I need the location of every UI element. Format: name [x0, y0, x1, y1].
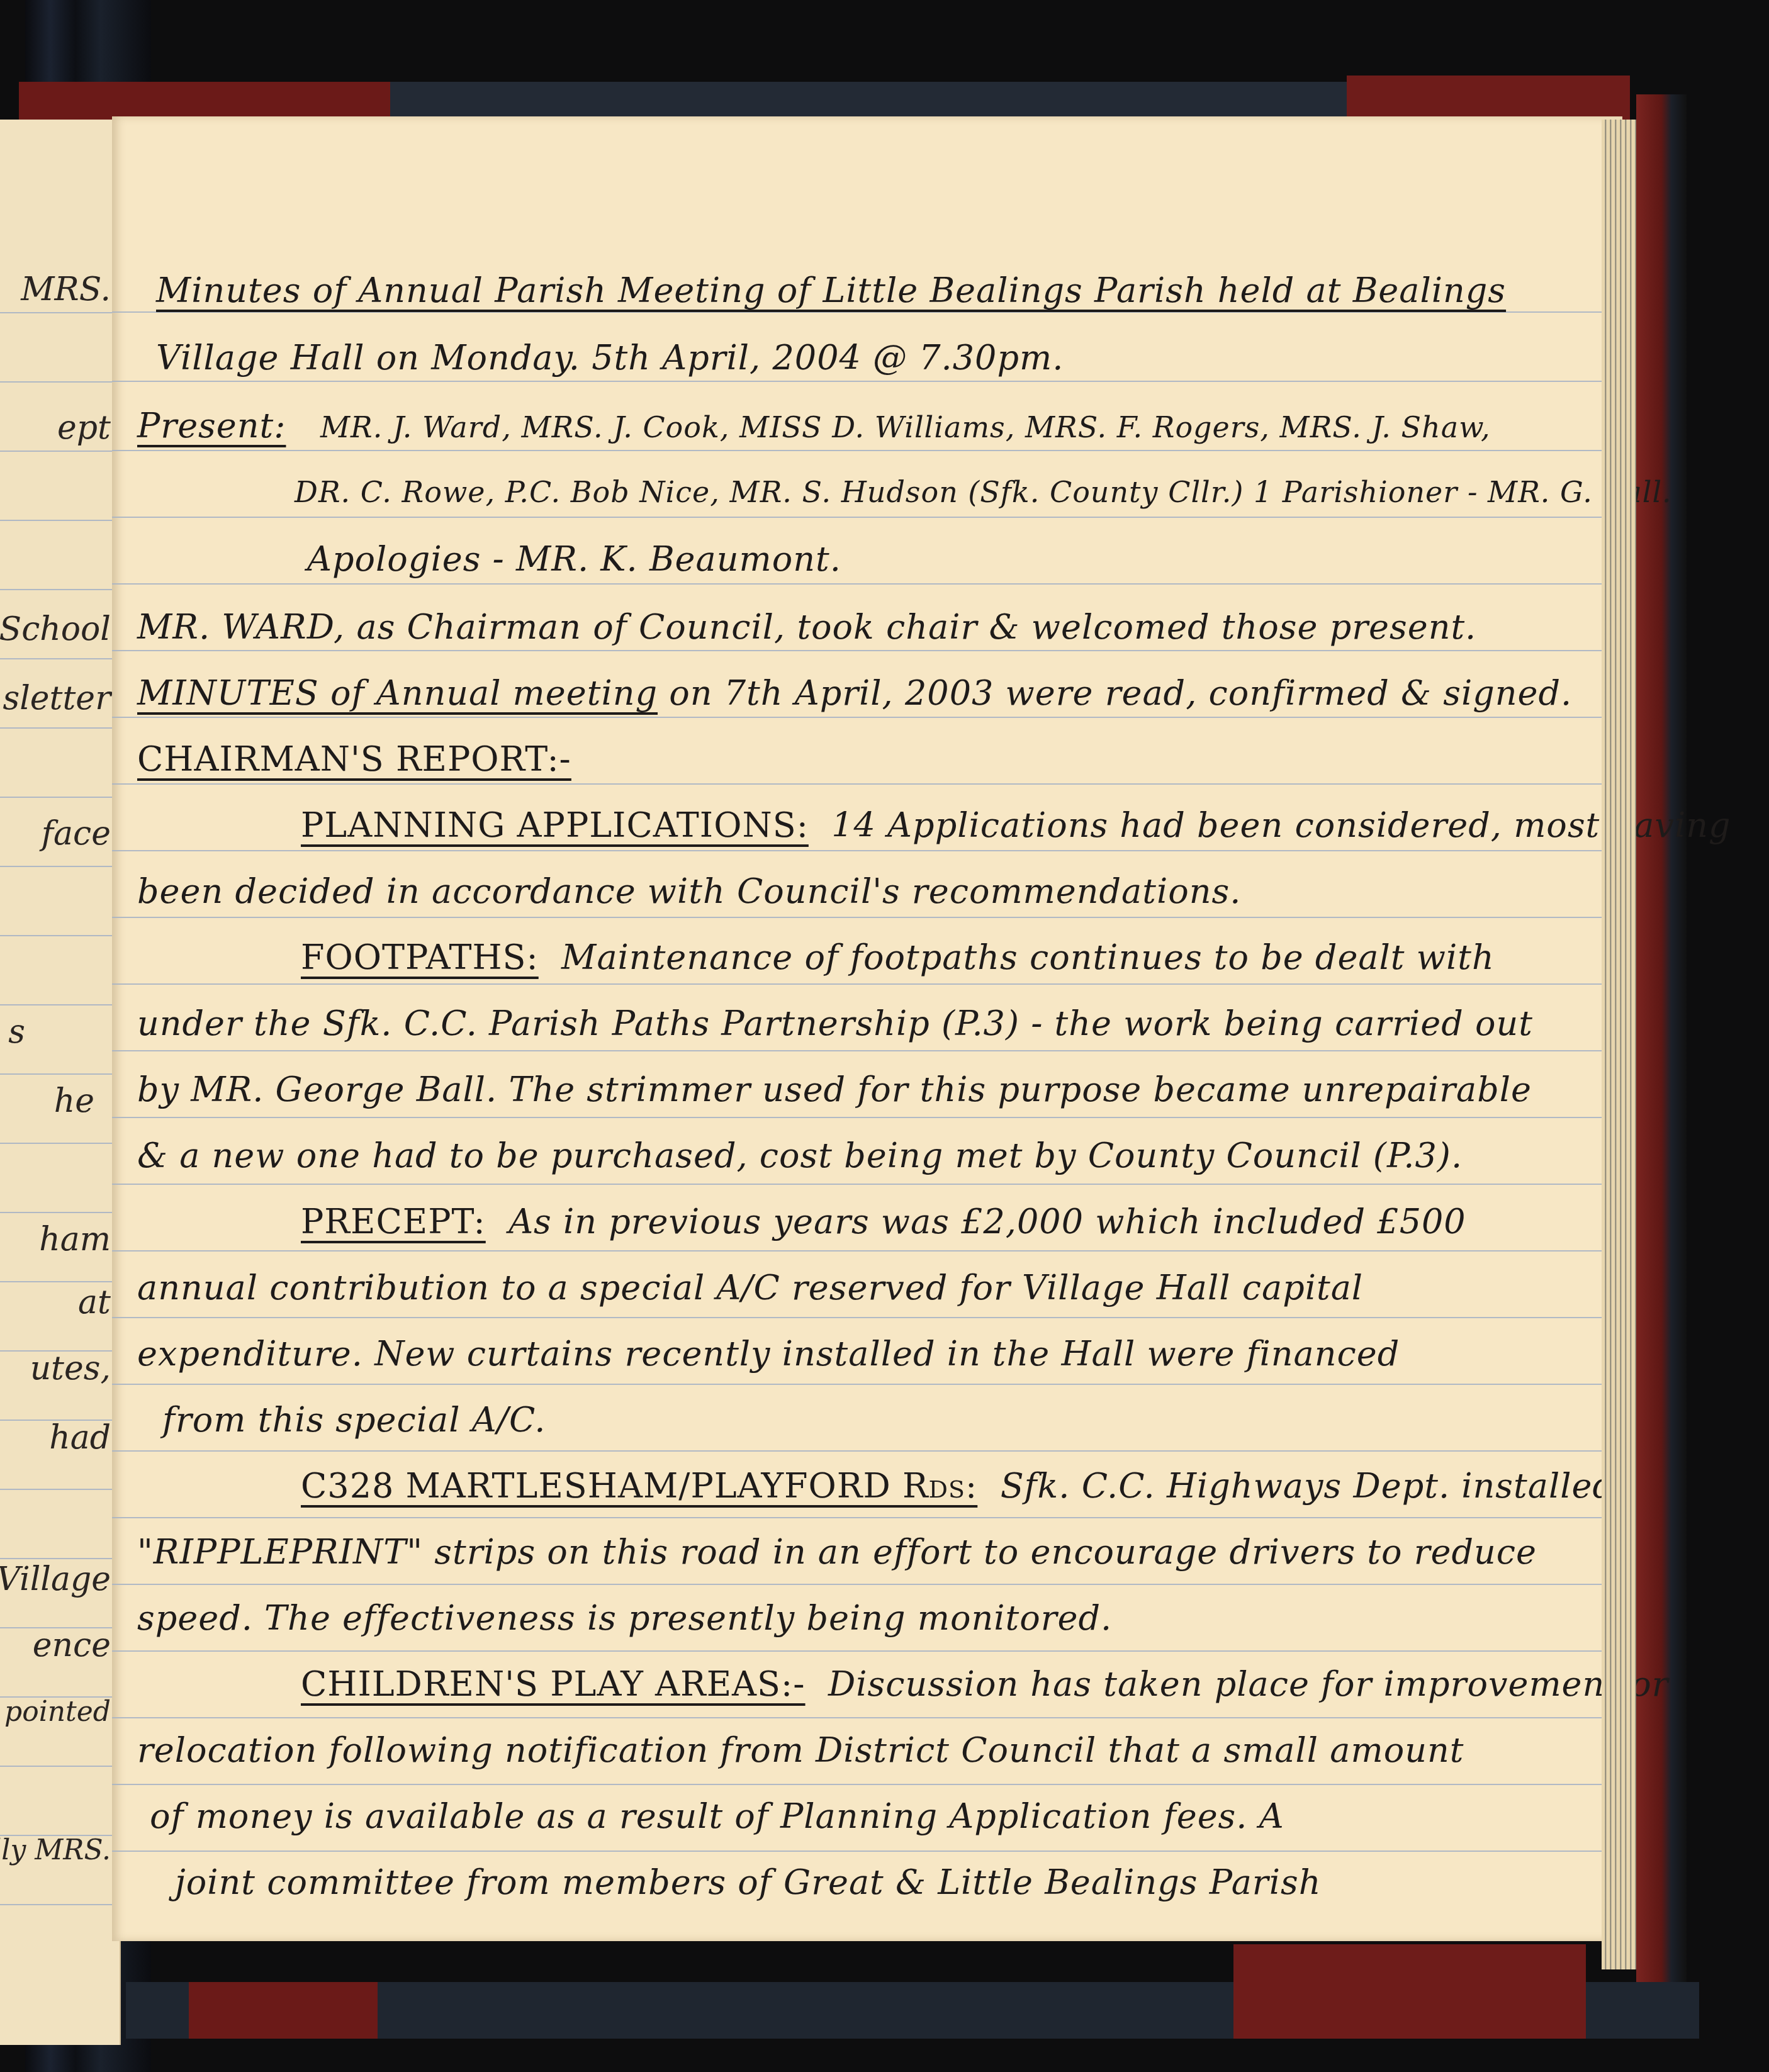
margin-fragment: sletter: [3, 680, 111, 717]
ruled-line: [112, 783, 1603, 785]
ruled-line: [0, 451, 120, 452]
ruled-line: [112, 583, 1603, 585]
ruled-line: [0, 727, 120, 729]
ruled-line: [112, 1117, 1603, 1118]
leather-corner-right: [1233, 1944, 1586, 2039]
section-text: Discussion has taken place for improveme…: [828, 1664, 1669, 1704]
ruled-line: [0, 589, 120, 590]
ruled-line: [0, 520, 120, 521]
play-areas-line-4: joint committee from members of Great & …: [175, 1862, 1321, 1902]
ruled-line: [112, 717, 1603, 718]
ruled-line: [0, 1766, 120, 1767]
section-text: 14 Applications had been considered, mos…: [831, 805, 1731, 845]
planning-line-1: PLANNING APPLICATIONS: 14 Applications h…: [301, 805, 1731, 845]
ruled-line: [0, 1489, 120, 1490]
previous-minutes-label: MINUTES of Annual meeting: [137, 673, 658, 713]
attendees-list-1: MR. J. Ward, MRS. J. Cook, MISS D. Willi…: [320, 410, 1491, 444]
ruled-line: [112, 917, 1603, 918]
ruled-line: [112, 1851, 1603, 1852]
ruled-line: [112, 1250, 1603, 1252]
ruled-line: [112, 381, 1603, 382]
ruled-line: [112, 850, 1603, 851]
margin-fragment: MRS.: [21, 271, 111, 308]
footpaths-line-4: & a new one had to be purchased, cost be…: [137, 1136, 1463, 1175]
ruled-line: [0, 1558, 120, 1559]
book-cover-bottom: [126, 1982, 1699, 2039]
ruled-line: [112, 1050, 1603, 1051]
ruled-line: [0, 1143, 120, 1144]
margin-fragment: ence: [33, 1627, 111, 1664]
ruled-line: [112, 1184, 1603, 1185]
margin-fragment: ) pointed: [0, 1696, 111, 1728]
ruled-line: [0, 1073, 120, 1075]
ruled-line: [112, 450, 1603, 451]
ruled-line: [0, 797, 120, 798]
ruled-line: [112, 1450, 1603, 1452]
precept-line-4: from this special A/C.: [162, 1400, 546, 1440]
section-label-play-areas: CHILDREN'S PLAY AREAS:-: [301, 1664, 806, 1704]
margin-fragment: ham: [39, 1221, 111, 1258]
ruled-line: [0, 866, 120, 867]
ruled-line: [112, 1784, 1603, 1785]
section-label-precept: PRECEPT:: [301, 1202, 486, 1241]
ruled-line: [0, 1212, 120, 1213]
footpaths-line-1: FOOTPATHS: Maintenance of footpaths cont…: [301, 938, 1495, 977]
play-areas-line-1: CHILDREN'S PLAY AREAS:- Discussion has t…: [301, 1664, 1669, 1704]
ruled-line: [112, 1384, 1603, 1385]
planning-line-2: been decided in accordance with Council'…: [137, 871, 1241, 911]
chairmans-report-label: CHAIRMAN'S REPORT:-: [137, 739, 571, 779]
section-label-planning: PLANNING APPLICATIONS:: [301, 805, 809, 845]
minutes-heading: Minutes of Annual Parish Meeting of Litt…: [156, 271, 1506, 310]
left-page: MRS. ept School sletter face s he ham at…: [0, 120, 121, 2045]
precept-line-3: expenditure. New curtains recently insta…: [137, 1334, 1400, 1374]
ruled-line: [0, 1281, 120, 1282]
present-line-2: DR. C. Rowe, P.C. Bob Nice, MR. S. Hudso…: [295, 475, 1672, 509]
section-text: As in previous years was £2,000 which in…: [508, 1202, 1466, 1241]
ruled-line: [0, 1004, 120, 1005]
play-areas-line-3: of money is available as a result of Pla…: [150, 1796, 1284, 1836]
ruled-line: [0, 658, 120, 659]
ruled-line: [0, 935, 120, 936]
footpaths-line-2: under the Sfk. C.C. Parish Paths Partner…: [137, 1004, 1533, 1043]
section-text: Sfk. C.C. Highways Dept. installed: [1001, 1466, 1615, 1506]
present-label: Present:: [137, 406, 286, 445]
margin-fragment: utes,: [30, 1350, 111, 1387]
present-line-1: Present: MR. J. Ward, MRS. J. Cook, MISS…: [137, 406, 1491, 445]
margin-fragment: he: [54, 1082, 94, 1120]
margin-fragment: ally MRS.: [0, 1834, 111, 1866]
precept-line-1: PRECEPT: As in previous years was £2,000…: [301, 1202, 1466, 1241]
margin-fragment: s: [8, 1013, 25, 1051]
margin-fragment: at: [78, 1284, 111, 1321]
minutes-heading-line-1: Minutes of Annual Parish Meeting of Litt…: [156, 271, 1506, 310]
minutes-heading-line-2: Village Hall on Monday. 5th April, 2004 …: [156, 338, 1064, 378]
margin-fragment: face: [42, 815, 111, 853]
section-text: Maintenance of footpaths continues to be…: [561, 938, 1495, 977]
precept-line-2: annual contribution to a special A/C res…: [137, 1268, 1363, 1308]
margin-fragment: Village: [0, 1560, 111, 1598]
chairmans-report-heading: CHAIRMAN'S REPORT:-: [137, 739, 571, 779]
margin-fragment: had: [49, 1419, 111, 1457]
right-page: Minutes of Annual Parish Meeting of Litt…: [112, 116, 1622, 1941]
section-label-c328: C328 MARTLESHAM/PLAYFORD Rds:: [301, 1466, 977, 1506]
section-label-footpaths: FOOTPATHS:: [301, 938, 539, 977]
ruled-line: [112, 517, 1603, 518]
footpaths-line-3: by MR. George Ball. The strimmer used fo…: [137, 1070, 1532, 1109]
ruled-line: [112, 1650, 1603, 1652]
c328-line-2: "RIPPLEPRINT" strips on this road in an …: [137, 1532, 1537, 1572]
leather-corner-left: [189, 1982, 378, 2039]
ruled-line: [0, 381, 120, 383]
ruled-line: [112, 1717, 1603, 1718]
chair-line: MR. WARD, as Chairman of Council, took c…: [137, 607, 1476, 647]
ruled-line: [0, 312, 120, 313]
previous-minutes-text: on 7th April, 2003 were read, confirmed …: [669, 673, 1572, 713]
ruled-line: [112, 1517, 1603, 1518]
page-stack-edges: [1602, 120, 1636, 1969]
previous-minutes-line: MINUTES of Annual meeting on 7th April, …: [137, 673, 1572, 713]
apologies-line: Apologies - MR. K. Beaumont.: [307, 539, 841, 579]
margin-fragment: ept: [57, 409, 111, 447]
ruled-line: [112, 1317, 1603, 1318]
ruled-line: [112, 311, 1603, 313]
ruled-line: [0, 1904, 120, 1905]
play-areas-line-2: relocation following notification from D…: [137, 1730, 1464, 1770]
c328-line-3: speed. The effectiveness is presently be…: [137, 1598, 1112, 1638]
ruled-line: [112, 983, 1603, 985]
ruled-line: [112, 1584, 1603, 1585]
ruled-line: [112, 650, 1603, 651]
margin-fragment: School: [0, 610, 111, 648]
c328-line-1: C328 MARTLESHAM/PLAYFORD Rds: Sfk. C.C. …: [301, 1466, 1615, 1506]
